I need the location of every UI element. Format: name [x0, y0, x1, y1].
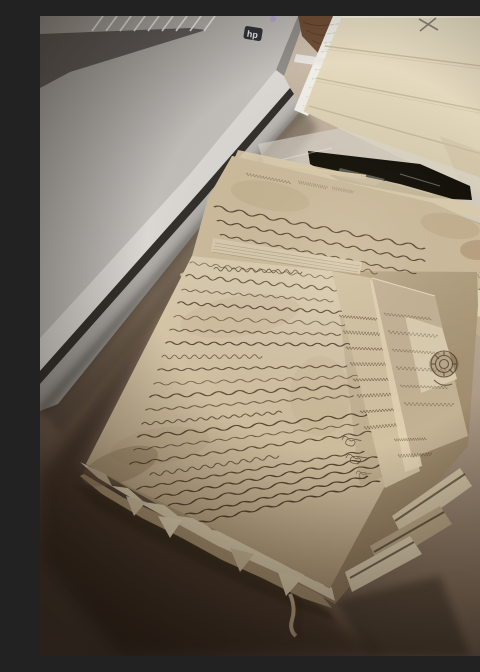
photo-archive-manuscripts: hp: [40, 16, 480, 656]
vignette-overlay: [40, 16, 480, 656]
